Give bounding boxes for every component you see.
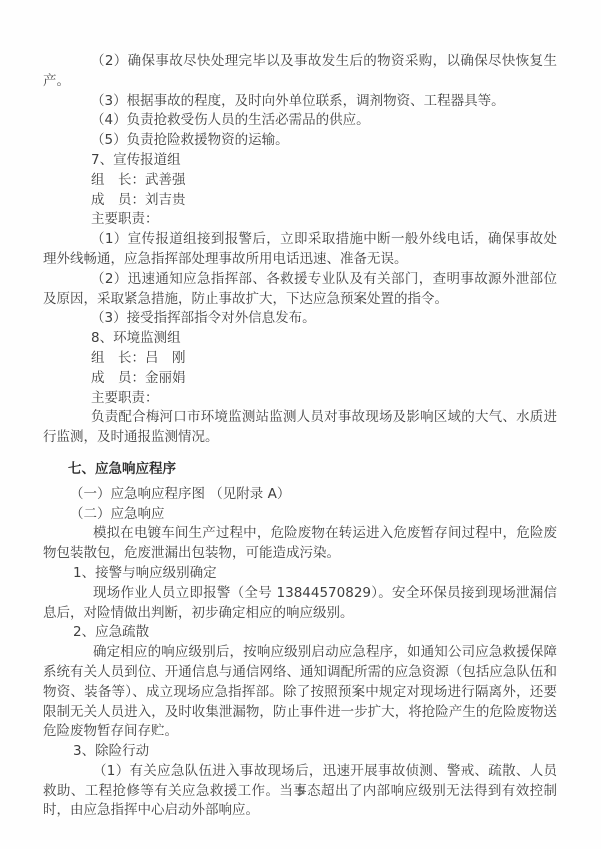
section-heading: 七、应急响应程序: [43, 460, 557, 480]
paragraph: （1）宣传报道组接到报警后，立即采取措施中断一般外线电话，确保事故处理外线畅通，…: [43, 230, 557, 270]
paragraph: 确定相应的响应级别后，按响应级别启动应急程序，如通知公司应急救援保障系统有关人员…: [43, 643, 557, 742]
paragraph: （3）根据事故的程度，及时向外单位联系，调剂物资、工程器具等。: [43, 92, 557, 112]
role-line: 成 员：金丽娟: [43, 369, 557, 389]
role-line: 成 员：刘吉贵: [43, 191, 557, 211]
paragraph: （5）负责抢险救援物资的运输。: [43, 131, 557, 151]
duties-label: 主要职责：: [43, 389, 557, 409]
paragraph: （2）迅速通知应急指挥部、各救援专业队及有关部门，查明事故源外泄部位及原因，采取…: [43, 270, 557, 310]
numbered-heading: 1、接警与响应级别确定: [43, 564, 557, 584]
sub-heading: （二）应急响应: [43, 505, 557, 525]
page-number: 5: [0, 782, 601, 802]
paragraph: 负责配合梅河口市环境监测站监测人员对事故现场及影响区域的大气、水质进行监测，及时…: [43, 408, 557, 448]
paragraph: （4）负责抢救受伤人员的生活必需品的供应。: [43, 111, 557, 131]
paragraph: （3）接受指挥部指令对外信息发布。: [43, 309, 557, 329]
numbered-heading: 2、应急疏散: [43, 623, 557, 643]
paragraph: 模拟在电镀车间生产过程中，危险废物在转运进入危废暂存间过程中，危险废物包装散包，…: [43, 524, 557, 564]
role-line: 组 长：吕 刚: [43, 349, 557, 369]
group-heading: 7、宣传报道组: [43, 151, 557, 171]
paragraph: 现场作业人员立即报警（全号 13844570829）。安全环保员接到现场泄漏信息…: [43, 584, 557, 624]
document-page: （2）确保事故尽快处理完毕以及事故发生后的物资采购，以确保尽快恢复生产。 （3）…: [0, 0, 601, 849]
role-line: 组 长：武善强: [43, 171, 557, 191]
duties-label: 主要职责：: [43, 210, 557, 230]
group-heading: 8、环境监测组: [43, 329, 557, 349]
sub-heading: （一）应急响应程序图 （见附录 A）: [43, 485, 557, 505]
numbered-heading: 3、除险行动: [43, 742, 557, 762]
paragraph: （2）确保事故尽快处理完毕以及事故发生后的物资采购，以确保尽快恢复生产。: [43, 52, 557, 92]
